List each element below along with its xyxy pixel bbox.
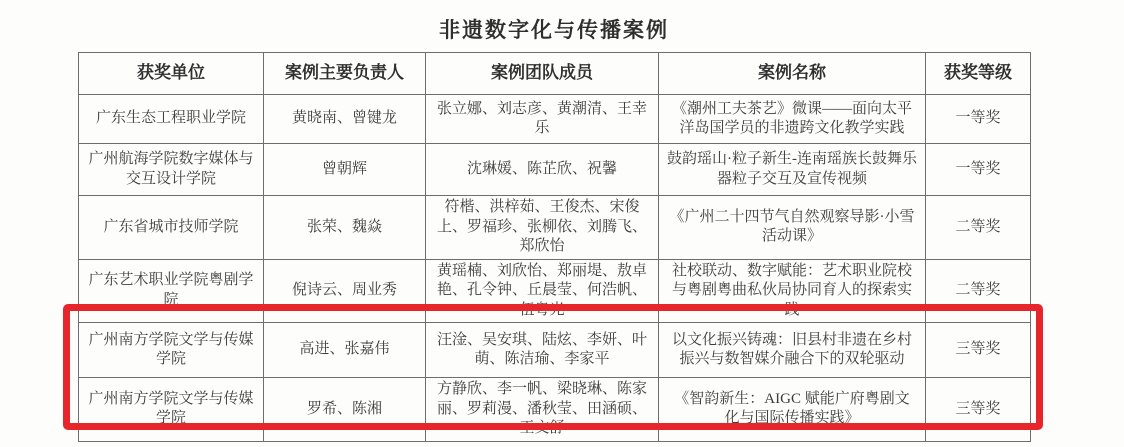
award-cell: 三等奖 bbox=[926, 323, 1031, 378]
table-row: 广东省城市技师学院张荣、魏焱符楷、洪梓茹、王俊杰、宋俊上、罗福珍、张柳依、刘腾飞… bbox=[79, 196, 1031, 260]
unit-cell: 广东生态工程职业学院 bbox=[79, 95, 264, 144]
table-row: 广东生态工程职业学院黄晓南、曾键龙张立娜、刘志彦、黄潮清、王幸乐《潮州工夫茶艺》… bbox=[79, 95, 1031, 144]
team-cell: 张立娜、刘志彦、黄潮清、王幸乐 bbox=[426, 95, 659, 144]
case-cell: 《广州二十四节气自然观察导影·小雪活动课》 bbox=[659, 196, 926, 260]
leader-cell: 黄晓南、曾键龙 bbox=[264, 95, 426, 144]
unit-cell: 广州航海学院数字媒体与交互设计学院 bbox=[79, 144, 264, 196]
team-cell: 沈琳媛、陈芷欣、祝馨 bbox=[426, 144, 659, 196]
table-row: 广州南方学院文学与传媒学院罗希、陈湘方静欣、李一帆、梁晓琳、陈家丽、罗莉漫、潘秋… bbox=[79, 378, 1031, 442]
awards-table-body: 广东生态工程职业学院黄晓南、曾键龙张立娜、刘志彦、黄潮清、王幸乐《潮州工夫茶艺》… bbox=[79, 95, 1031, 442]
case-cell: 《潮州工夫茶艺》微课——面向太平洋岛国学员的非遗跨文化教学实践 bbox=[659, 95, 926, 144]
award-cell: 二等奖 bbox=[926, 259, 1031, 323]
header-award: 获奖等级 bbox=[926, 53, 1031, 95]
award-cell: 二等奖 bbox=[926, 196, 1031, 260]
leader-cell: 张荣、魏焱 bbox=[264, 196, 426, 260]
leader-cell: 倪诗云、周业秀 bbox=[264, 259, 426, 323]
page-title: 非遗数字化与传播案例 bbox=[78, 14, 1030, 44]
case-cell: 社校联动、数字赋能：艺术职业院校与粤剧粤曲私伙局协同育人的探索实践 bbox=[659, 259, 926, 323]
case-cell: 以文化振兴铸魂：旧县村非遗在乡村振兴与数智媒介融合下的双轮驱动 bbox=[659, 323, 926, 378]
header-case: 案例名称 bbox=[659, 53, 926, 95]
unit-cell: 广州南方学院文学与传媒学院 bbox=[79, 378, 264, 442]
award-cell: 一等奖 bbox=[926, 95, 1031, 144]
unit-cell: 广东艺术职业学院粤剧学院 bbox=[79, 259, 264, 323]
header-unit: 获奖单位 bbox=[79, 53, 264, 95]
table-row: 广州航海学院数字媒体与交互设计学院曾朝辉沈琳媛、陈芷欣、祝馨鼓韵瑶山·粒子新生-… bbox=[79, 144, 1031, 196]
table-row: 广州南方学院文学与传媒学院高进、张嘉伟汪淦、吴安琪、陆炫、李妍、叶萌、陈洁瑜、李… bbox=[79, 323, 1031, 378]
team-cell: 符楷、洪梓茹、王俊杰、宋俊上、罗福珍、张柳依、刘腾飞、郑欣怡 bbox=[426, 196, 659, 260]
unit-cell: 广州南方学院文学与传媒学院 bbox=[79, 323, 264, 378]
header-leader: 案例主要负责人 bbox=[264, 53, 426, 95]
table-row: 广东艺术职业学院粤剧学院倪诗云、周业秀黄瑶楠、刘欣怡、郑丽堤、敖卓艳、孔令钟、丘… bbox=[79, 259, 1031, 323]
leader-cell: 曾朝辉 bbox=[264, 144, 426, 196]
team-cell: 黄瑶楠、刘欣怡、郑丽堤、敖卓艳、孔令钟、丘晨莹、何浩帆、伍粤光 bbox=[426, 259, 659, 323]
leader-cell: 罗希、陈湘 bbox=[264, 378, 426, 442]
unit-cell: 广东省城市技师学院 bbox=[79, 196, 264, 260]
award-cell: 三等奖 bbox=[926, 378, 1031, 442]
case-cell: 《智韵新生：AIGC 赋能广府粤剧文化与国际传播实践》 bbox=[659, 378, 926, 442]
header-row: 获奖单位 案例主要负责人 案例团队成员 案例名称 获奖等级 bbox=[79, 53, 1031, 95]
award-cell: 一等奖 bbox=[926, 144, 1031, 196]
awards-table: 获奖单位 案例主要负责人 案例团队成员 案例名称 获奖等级 广东生态工程职业学院… bbox=[78, 52, 1031, 442]
awards-table-container: 获奖单位 案例主要负责人 案例团队成员 案例名称 获奖等级 广东生态工程职业学院… bbox=[78, 52, 1030, 442]
case-cell: 鼓韵瑶山·粒子新生-连南瑶族长鼓舞乐器粒子交互及宣传视频 bbox=[659, 144, 926, 196]
leader-cell: 高进、张嘉伟 bbox=[264, 323, 426, 378]
team-cell: 方静欣、李一帆、梁晓琳、陈家丽、罗莉漫、潘秋莹、田涵硕、王文舒 bbox=[426, 378, 659, 442]
team-cell: 汪淦、吴安琪、陆炫、李妍、叶萌、陈洁瑜、李家平 bbox=[426, 323, 659, 378]
header-team: 案例团队成员 bbox=[426, 53, 659, 95]
